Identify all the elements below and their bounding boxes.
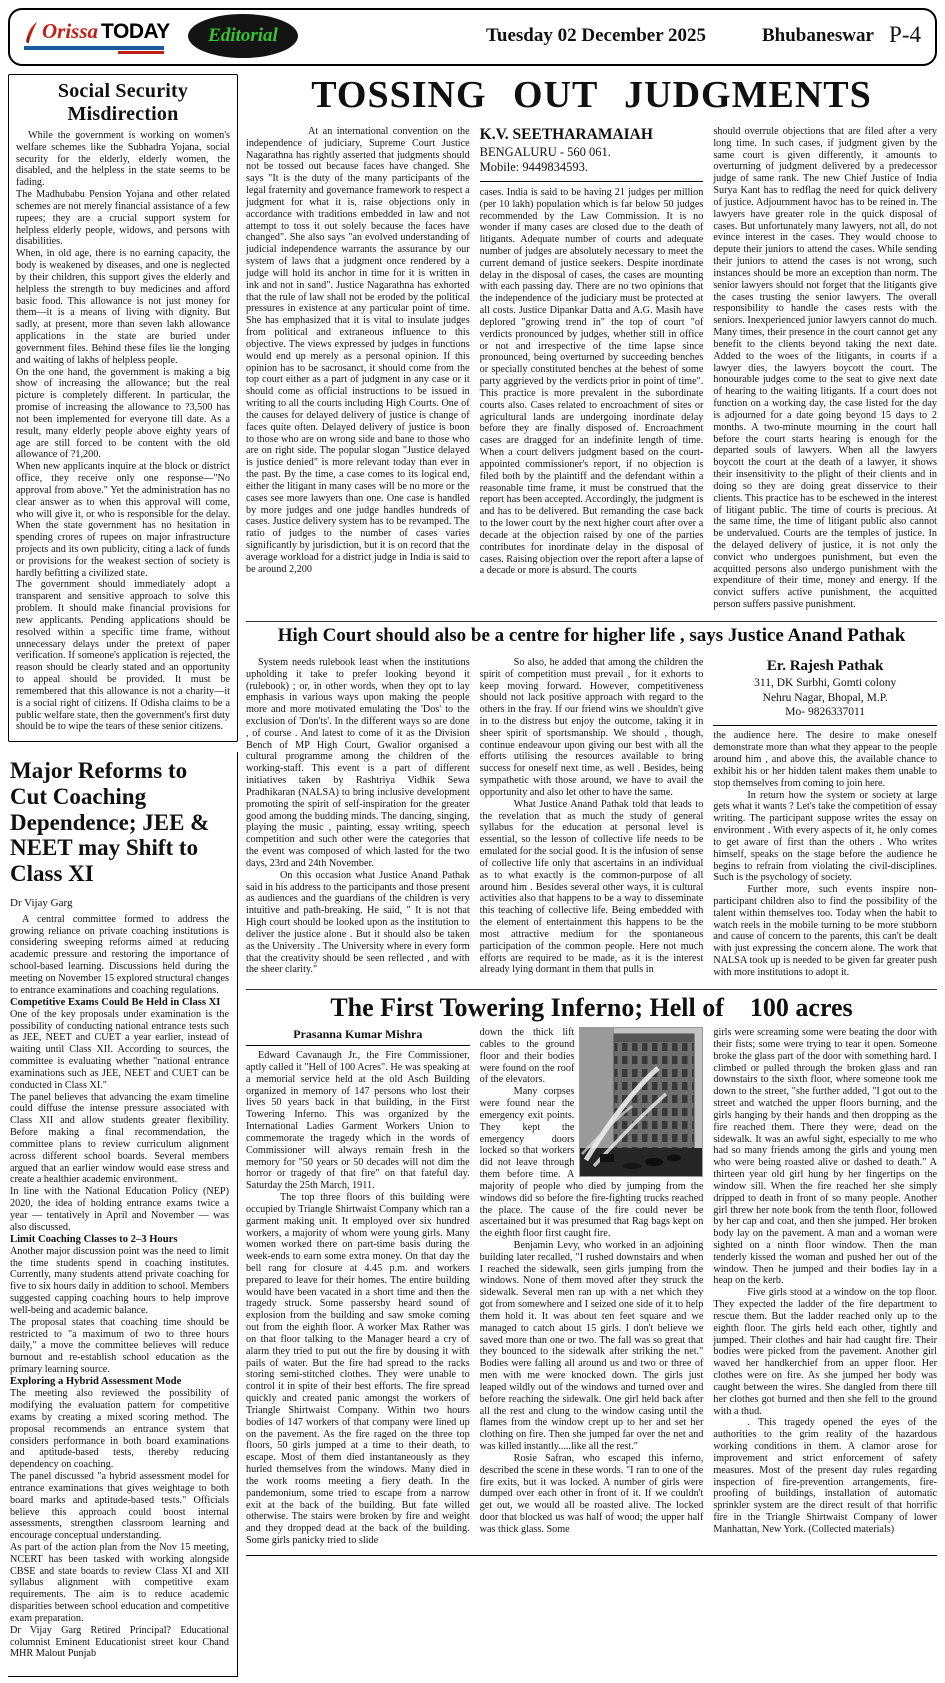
- tossing-col2-body: cases. India is said to be having 21 jud…: [480, 187, 704, 577]
- paragraph: One of the key proposals under examinati…: [10, 1009, 229, 1092]
- paragraph: So also, he added that among the childre…: [480, 657, 704, 799]
- author-address-1: 311, DK Surbhi, Gomti colony: [713, 676, 937, 691]
- tossing-article: TOSSING OUT JUDGMENTS At an internationa…: [246, 76, 937, 611]
- paragraph: As part of the action plan from the Nov …: [10, 1542, 229, 1625]
- masthead: Orissa TODAY Editorial Tuesday 02 Decemb…: [8, 8, 937, 66]
- paragraph: A central committee formed to address th…: [10, 914, 229, 997]
- paragraph: girls were screaming some were beating t…: [713, 1027, 937, 1287]
- major-reforms-byline: Dr Vijay Garg: [10, 897, 229, 910]
- brand-today: TODAY: [101, 20, 170, 44]
- paragraph: Competitive Exams Could Be Held in Class…: [10, 997, 229, 1009]
- paragraph: When new applicants inquire at the block…: [16, 461, 230, 579]
- section-divider: [246, 621, 937, 622]
- high-court-col1: System needs rulebook least when the ins…: [246, 657, 470, 979]
- major-reforms-body: A central committee formed to address th…: [10, 914, 229, 1661]
- brand-orissa: Orissa: [42, 19, 98, 44]
- high-court-col2: So also, he added that among the childre…: [480, 657, 704, 979]
- paragraph: Limit Coaching Classes to 2–3 Hours: [10, 1234, 229, 1246]
- paragraph: Edward Cavanaugh Jr., the Fire Commissio…: [246, 1050, 470, 1192]
- paragraph: On this occasion what Justice Anand Path…: [246, 870, 470, 976]
- author-mobile: Mo- 9826337011: [713, 705, 937, 720]
- major-reforms-title: Major Reforms to Cut Coaching Dependence…: [10, 758, 229, 887]
- paragraph: The meeting also reviewed the possibilit…: [10, 1388, 229, 1471]
- editorial-badge: Editorial: [188, 14, 298, 58]
- paragraph: Another major discussion point was the n…: [10, 1246, 229, 1317]
- paragraph: The proposal states that coaching time s…: [10, 1317, 229, 1376]
- paragraph: Rosie Safran, who escaped this inferno, …: [480, 1453, 704, 1536]
- author-city: BENGALURU - 560 061.: [480, 145, 704, 161]
- paragraph: System needs rulebook least when the ins…: [246, 657, 470, 870]
- quill-icon: [24, 21, 39, 43]
- major-reforms-article: Major Reforms to Cut Coaching Dependence…: [8, 752, 238, 1677]
- paragraph: On the one hand, the government is makin…: [16, 367, 230, 462]
- paragraph: cases. India is said to be having 21 jud…: [480, 187, 704, 577]
- inferno-col1: Prasanna Kumar Mishra Edward Cavanaugh J…: [246, 1027, 470, 1547]
- author-name: K.V. SEETHARAMAIAH: [480, 126, 704, 145]
- paragraph: The top three floors of this building we…: [246, 1192, 470, 1547]
- masthead-page-number: P-4: [889, 22, 921, 48]
- tossing-col3: should overrule objections that are file…: [713, 126, 937, 611]
- author-mobile: Mobile: 9449834593.: [480, 160, 704, 176]
- masthead-date: Tuesday 02 December 2025: [486, 25, 706, 47]
- paragraph: At an international convention on the in…: [246, 126, 470, 575]
- inferno-col2: down the thick lift cables to the ground…: [480, 1027, 704, 1547]
- paragraph: The Madhubabu Pension Yojana and other r…: [16, 189, 230, 248]
- paragraph: the audience here. The desire to make on…: [713, 730, 937, 789]
- paragraph: The panel believes that advancing the ex…: [10, 1092, 229, 1187]
- author-address-2: Nehru Nagar, Bhopal, M.P.: [713, 691, 937, 706]
- burning-building-photo: [579, 1027, 703, 1177]
- inferno-byline: Prasanna Kumar Mishra: [246, 1027, 470, 1046]
- social-security-article: Social Security Misdirection While the g…: [8, 74, 238, 742]
- paragraph: What Justice Anand Pathak told that lead…: [480, 799, 704, 976]
- inferno-col1-body: Edward Cavanaugh Jr., the Fire Commissio…: [246, 1050, 470, 1547]
- tossing-col1: At an international convention on the in…: [246, 126, 470, 611]
- main-area: TOSSING OUT JUDGMENTS At an internationa…: [246, 74, 937, 1564]
- left-rail: Social Security Misdirection While the g…: [8, 74, 238, 1677]
- paragraph: Further more, such events inspire non-pa…: [713, 884, 937, 979]
- paragraph: When, in old age, there is no earning ca…: [16, 248, 230, 366]
- section-divider: [246, 989, 937, 990]
- paragraph: Five girls stood at a window on the top …: [713, 1287, 937, 1417]
- inferno-title: The First Towering Inferno; Hell of 100 …: [246, 994, 937, 1021]
- inferno-col3: girls were screaming some were beating t…: [713, 1027, 937, 1547]
- high-court-col3-body: the audience here. The desire to make on…: [713, 730, 937, 978]
- logo-underline: [24, 46, 164, 50]
- social-security-body: While the government is working on women…: [16, 130, 230, 733]
- masthead-city: Bhubaneswar: [762, 25, 874, 47]
- paragraph: Dr Vijay Garg Retired Principal? Educati…: [10, 1625, 229, 1660]
- author-block-kvs: K.V. SEETHARAMAIAH BENGALURU - 560 061. …: [480, 126, 704, 182]
- inferno-article: The First Towering Inferno; Hell of 100 …: [246, 994, 937, 1547]
- newspaper-page: Orissa TODAY Editorial Tuesday 02 Decemb…: [0, 0, 945, 1683]
- tossing-title: TOSSING OUT JUDGMENTS: [246, 76, 937, 114]
- paragraph: In line with the National Education Poli…: [10, 1186, 229, 1233]
- page-bottom-rule: [246, 1555, 937, 1556]
- author-block-rajesh: Er. Rajesh Pathak 311, DK Surbhi, Gomti …: [713, 657, 937, 727]
- high-court-article: High Court should also be a centre for h…: [246, 626, 937, 979]
- newspaper-logo: Orissa TODAY: [24, 19, 184, 50]
- high-court-title: High Court should also be a centre for h…: [246, 626, 937, 647]
- paragraph: should overrule objections that are file…: [713, 126, 937, 611]
- paragraph: The panel discussed "a hybrid assessment…: [10, 1471, 229, 1542]
- high-court-col3: Er. Rajesh Pathak 311, DK Surbhi, Gomti …: [713, 657, 937, 979]
- paragraph: The government should immediately adopt …: [16, 579, 230, 733]
- paragraph: Exploring a Hybrid Assessment Mode: [10, 1376, 229, 1388]
- paragraph: In return how the system or society at l…: [713, 790, 937, 885]
- tossing-col2: K.V. SEETHARAMAIAH BENGALURU - 560 061. …: [480, 126, 704, 611]
- social-security-title: Social Security Misdirection: [16, 80, 230, 126]
- editorial-badge-label: Editorial: [208, 25, 278, 47]
- paragraph: Benjamin Levy, who worked in an adjoinin…: [480, 1240, 704, 1453]
- paragraph: While the government is working on women…: [16, 130, 230, 189]
- paragraph: . This tragedy opened the eyes of the au…: [713, 1417, 937, 1535]
- author-name: Er. Rajesh Pathak: [713, 657, 937, 676]
